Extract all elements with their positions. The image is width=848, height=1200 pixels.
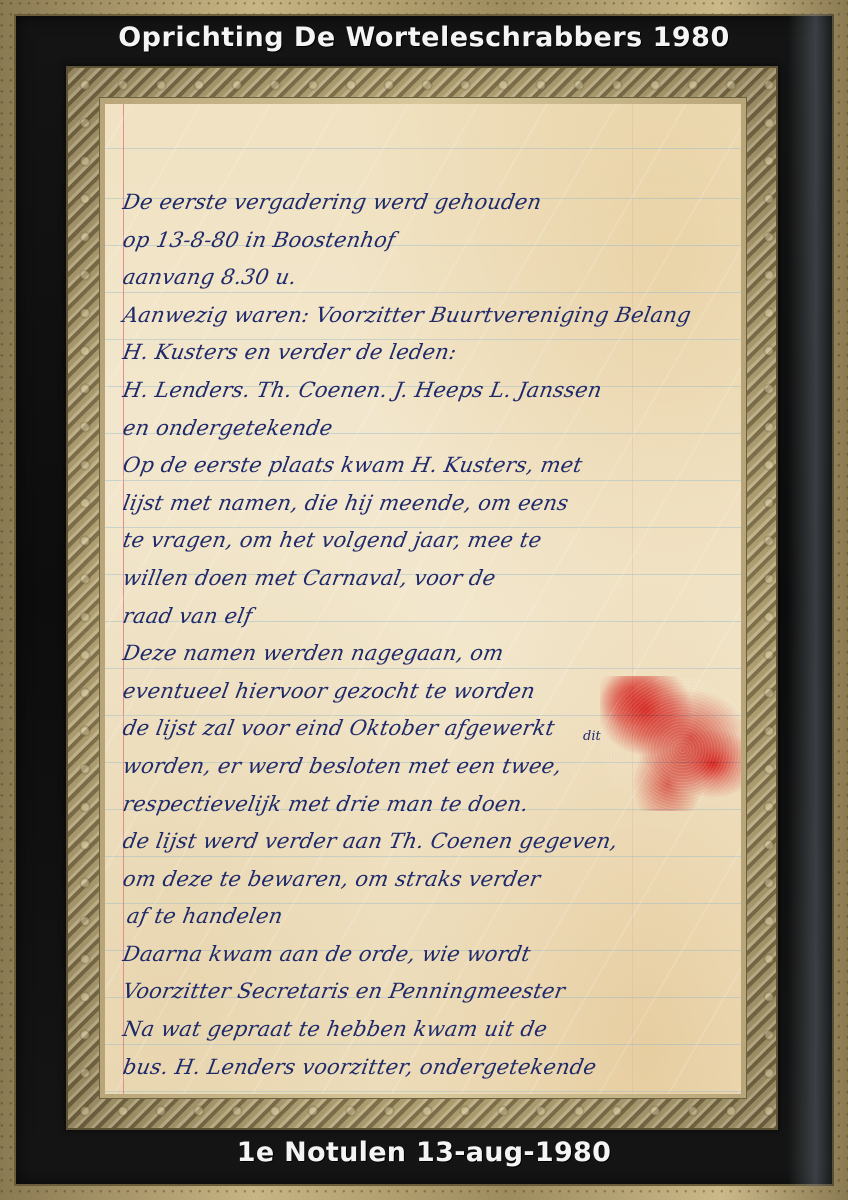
- text-line: bus. H. Lenders voorzitter, ondergeteken…: [120, 1049, 725, 1087]
- text-line: de lijst werd verder aan Th. Coenen gege…: [120, 823, 725, 861]
- fingerprint-ridges: [600, 676, 741, 811]
- text-line: De eerste vergadering werd gehouden: [120, 184, 725, 222]
- handwritten-document: De eerste vergadering werd gehouden op 1…: [105, 104, 741, 1094]
- text-line: af te handelen: [120, 898, 725, 936]
- text-line: Daarna kwam aan de orde, wie wordt: [120, 936, 725, 974]
- text-line: Deze namen werden nagegaan, om: [120, 635, 725, 673]
- text-line: en ondergetekende: [120, 410, 725, 448]
- inserted-word: dit: [583, 729, 601, 744]
- text-line: op 13-8-80 in Boostenhof: [120, 222, 725, 260]
- text-line: om deze te bewaren, om straks verder: [120, 861, 725, 899]
- minutes-text: De eerste vergadering werd gehouden op 1…: [123, 184, 721, 1086]
- footer-caption: 1e Notulen 13-aug-1980: [0, 1137, 848, 1177]
- text-line: Na wat gepraat te hebben kwam uit de: [120, 1011, 725, 1049]
- text-line: H. Lenders. Th. Coenen. J. Heeps L. Jans…: [120, 372, 725, 410]
- text-line: Op de eerste plaats kwam H. Kusters, met: [120, 447, 725, 485]
- text-line: H. Kusters en verder de leden:: [120, 334, 725, 372]
- text-line: willen doen met Carnaval, voor de: [120, 560, 725, 598]
- text-line: raad van elf: [120, 598, 725, 636]
- text-line: Aanwezig waren: Voorzitter Buurtverenigi…: [120, 297, 725, 335]
- text-line: te vragen, om het volgend jaar, mee te: [120, 522, 725, 560]
- page-title: Oprichting De Worteleschrabbers 1980: [0, 22, 848, 62]
- text-line: aanvang 8.30 u.: [120, 259, 725, 297]
- text-line: Voorzitter Secretaris en Penningmeester: [120, 973, 725, 1011]
- text-line: lijst met namen, die hij meende, om eens: [120, 485, 725, 523]
